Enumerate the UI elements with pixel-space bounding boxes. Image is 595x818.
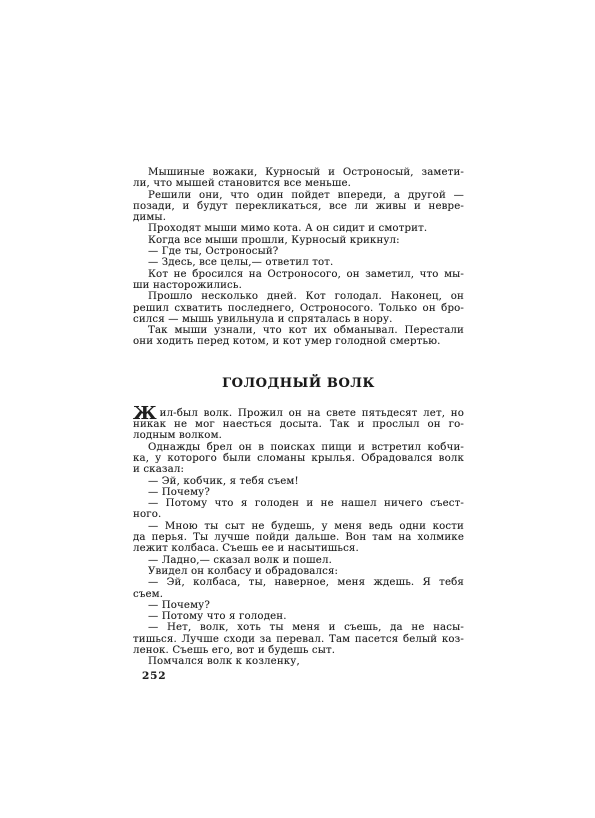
text-line: Проходят мыши мимо кота. А он сидит и см… [133, 223, 464, 234]
text-line: — Эй, кобчик, я тебя съем! [133, 476, 464, 487]
text-line: — Здесь, все целы,— ответил тот. [133, 257, 464, 268]
page-number: 252 [142, 670, 166, 682]
text-line: — Потому что я голоден и не нашел ничего… [133, 498, 464, 509]
text-line: — Мною ты сыт не будешь, у меня ведь одн… [133, 521, 464, 532]
text-line: Однажды брел он в поисках пищи и встрети… [133, 442, 464, 453]
text-line: Решили они, что один пойдет впереди, а д… [133, 190, 464, 201]
text-line: — Почему? [133, 487, 464, 498]
text-line: — Почему? [133, 600, 464, 611]
text-line: Прошло несколько дней. Кот голодал. Нако… [133, 291, 464, 302]
text-line: — Ладно,— сказал волк и пошел. [133, 555, 464, 566]
text-line: позади, и будут перекликаться, все ли жи… [133, 201, 464, 212]
text-line: и сказал: [133, 464, 464, 475]
text-line: решил схватить последнего, Остроносого. … [133, 303, 464, 314]
text-line: Когда все мыши прошли, Курносый крикнул: [133, 235, 464, 246]
text-line: лежит колбаса. Съешь ее и насытишься. [133, 543, 464, 554]
story-end-section: Мышиные вожаки, Курносый и Остроносый, з… [133, 167, 464, 348]
text-line: Кот не бросился на Остроносого, он замет… [133, 269, 464, 280]
text-line: сился — мышь увильнула и спряталась в но… [133, 314, 464, 325]
text-line: Жил-был волк. Прожил он на свете пятьдес… [133, 408, 464, 419]
text-line: ши насторожились. [133, 280, 464, 291]
drop-cap: Ж [133, 403, 157, 424]
text-line: никак не мог наесться досыта. Так и прос… [133, 419, 464, 430]
text-line: Увидел он колбасу и обрадовался: [133, 566, 464, 577]
story-title: ГОЛОДНЫЙ ВОЛК [133, 377, 464, 390]
text-block: Мышиные вожаки, Курносый и Остроносый, з… [133, 167, 464, 668]
book-page: Мышиные вожаки, Курносый и Остроносый, з… [0, 0, 595, 818]
text-line: Помчался волк к козленку, [133, 656, 464, 667]
text-line: Мышиные вожаки, Курносый и Остроносый, з… [133, 167, 464, 178]
text-line: ка, у которого были сломаны крылья. Обра… [133, 453, 464, 464]
text-line: они ходить перед котом, и кот умер голод… [133, 336, 464, 347]
text-line: съем. [133, 589, 464, 600]
text-line: Так мыши узнали, что кот их обманывал. П… [133, 325, 464, 336]
text-line: ли, что мышей становится все меньше. [133, 178, 464, 189]
text-line: ленок. Съешь его, вот и будешь сыт. [133, 645, 464, 656]
text-line: димы. [133, 212, 464, 223]
story-section: Жил-был волк. Прожил он на свете пятьдес… [133, 408, 464, 668]
text-line: ного. [133, 509, 464, 520]
text-line: лодным волком. [133, 430, 464, 441]
text-line: — Эй, колбаса, ты, наверное, меня ждешь.… [133, 577, 464, 588]
text-line: — Нет, волк, хоть ты меня и съешь, да не… [133, 622, 464, 633]
text-line: да перья. Ты лучше пойди дальше. Вон там… [133, 532, 464, 543]
text-line: — Где ты, Остроносый? [133, 246, 464, 257]
text-line: тишься. Лучше сходи за перевал. Там пасе… [133, 634, 464, 645]
text-line: — Потому что я голоден. [133, 611, 464, 622]
